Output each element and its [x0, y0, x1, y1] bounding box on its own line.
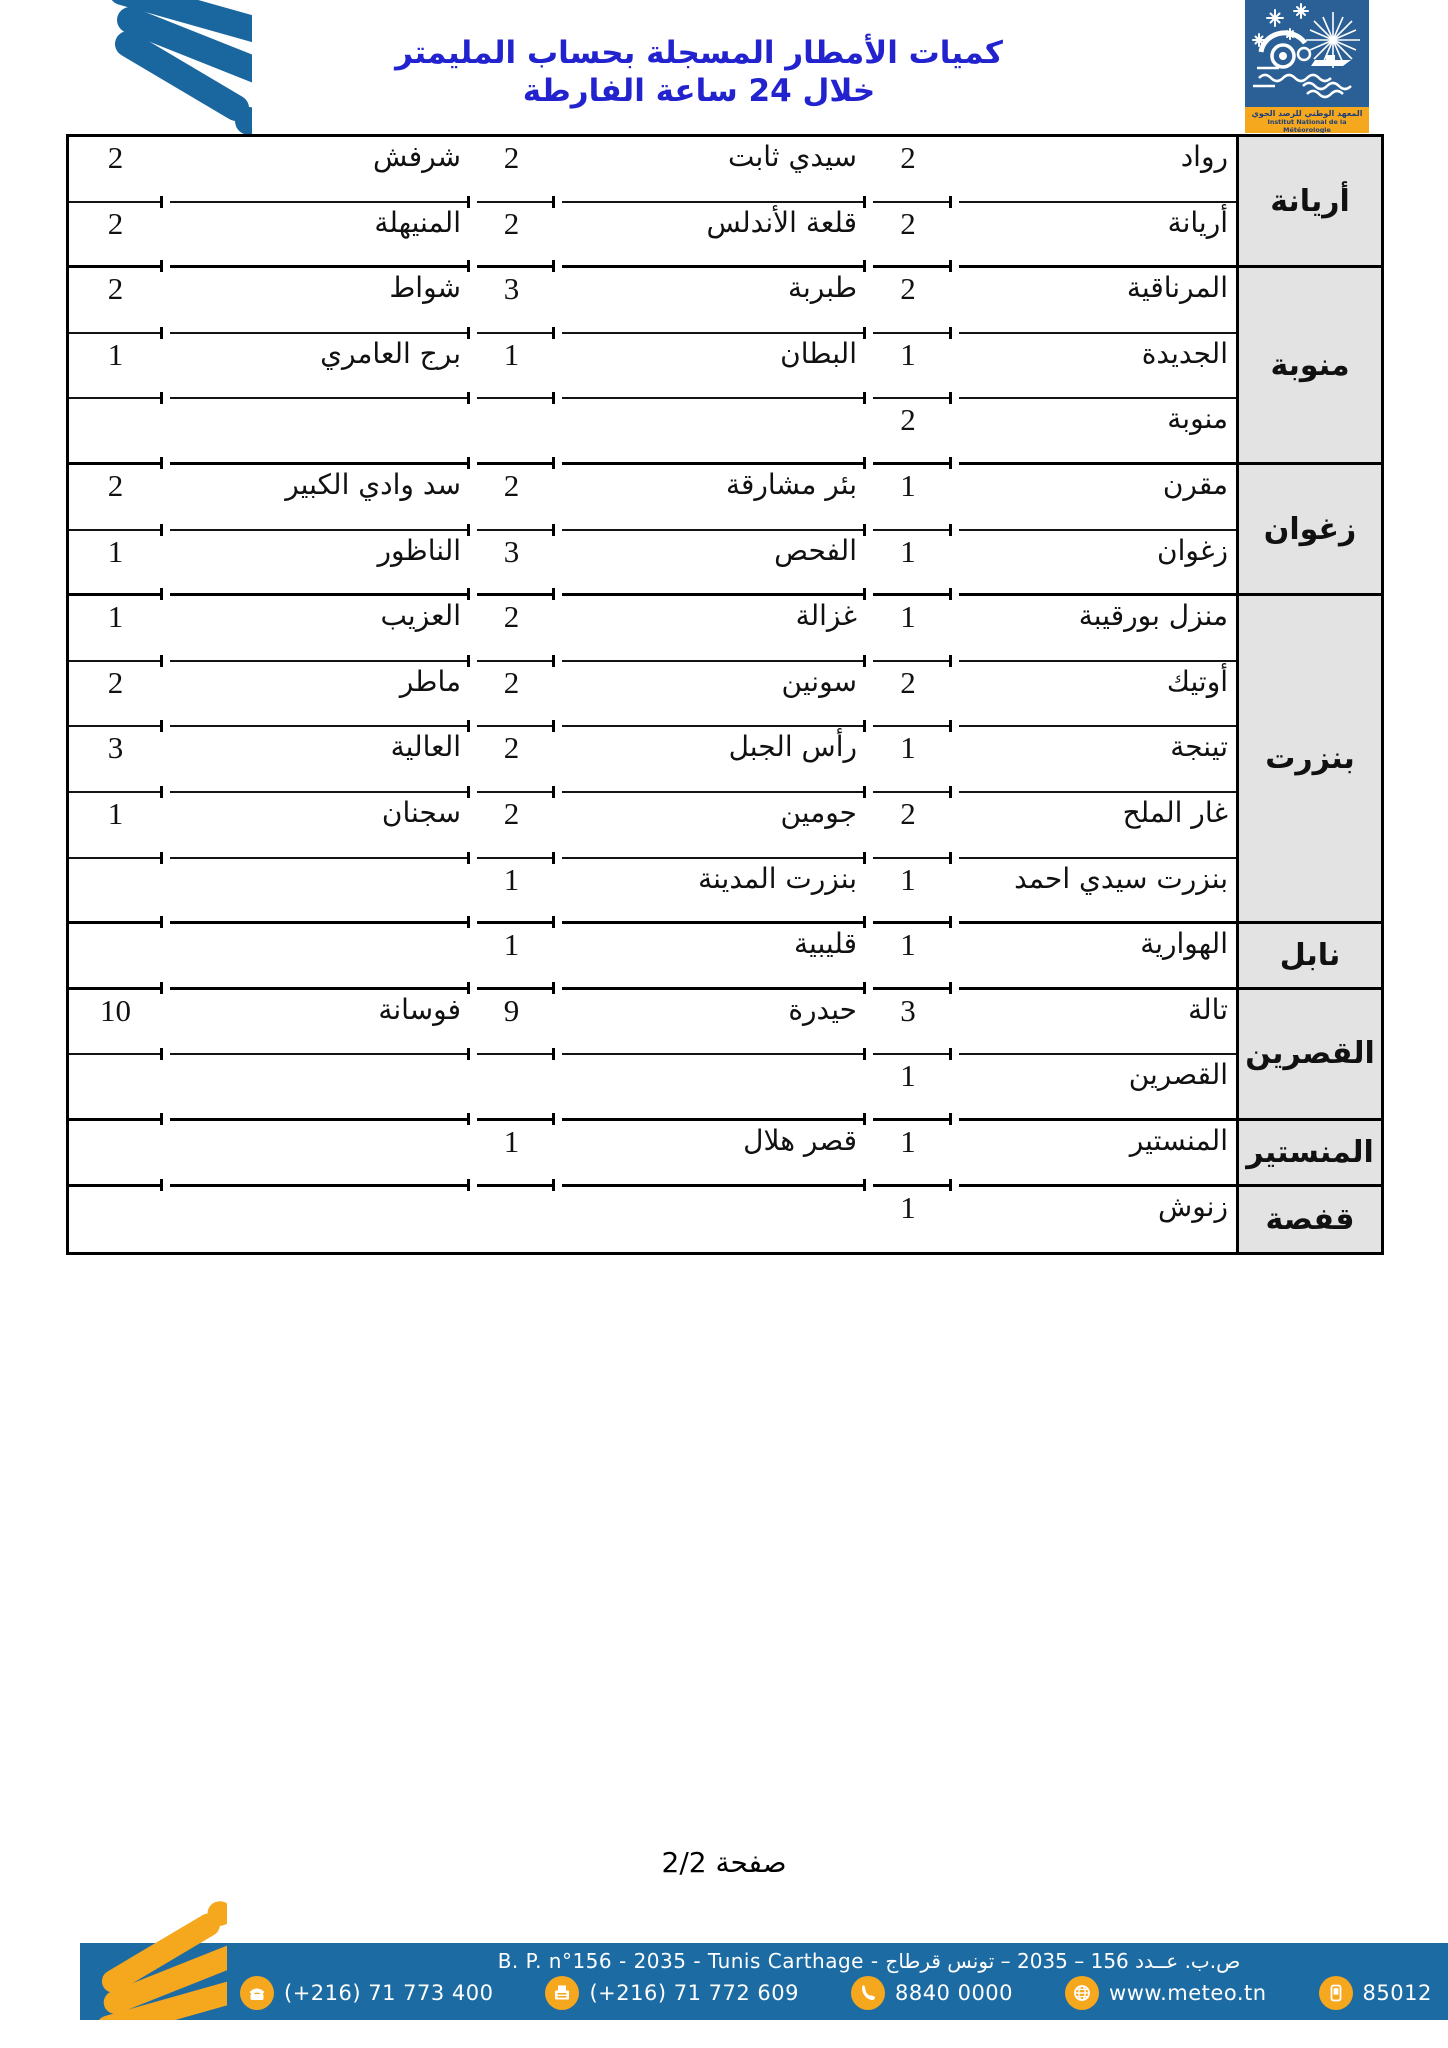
footer-address: B. P. n°156 - 2035 - Tunis Carthage - ص.…	[320, 1949, 1418, 1973]
contact-phone: (+216) 71 773 400	[240, 1976, 493, 2010]
contact-fax-value: (+216) 71 772 609	[589, 1981, 798, 2005]
value-cell: 2	[469, 203, 554, 269]
governorate-cell: منوبة	[1236, 268, 1381, 465]
value-cell	[69, 1187, 162, 1253]
page-number: صفحة 2/2	[0, 1846, 1448, 1879]
footer-contacts: (+216) 71 773 400 (+216) 71 772 609	[240, 1976, 1438, 2010]
station-cell: تالة	[951, 990, 1236, 1056]
governorate-cell: القصرين	[1236, 990, 1381, 1121]
station-cell: جومين	[554, 793, 865, 859]
value-cell: 2	[469, 662, 554, 728]
value-cell: 2	[865, 662, 951, 728]
value-cell	[69, 1055, 162, 1121]
governorate-cell: المنستير	[1236, 1121, 1381, 1187]
value-cell: 2	[69, 662, 162, 728]
station-cell: الجديدة	[951, 334, 1236, 400]
report-page: كميات الأمطار المسجلة بحساب المليمتر خلا…	[0, 0, 1448, 2048]
inm-name-arabic: المعهد الوطني للرصد الجوي	[1245, 109, 1369, 118]
inm-streaks-logo	[52, 0, 252, 150]
value-cell: 1	[865, 924, 951, 990]
value-cell: 2	[469, 465, 554, 531]
value-cell: 2	[469, 596, 554, 662]
station-cell	[554, 399, 865, 465]
station-cell: الناظور	[162, 531, 469, 597]
value-cell: 2	[865, 793, 951, 859]
value-cell: 1	[469, 334, 554, 400]
station-cell: غار الملح	[951, 793, 1236, 859]
inm-emblem-band: المعهد الوطني للرصد الجوي Institut Natio…	[1245, 107, 1369, 133]
value-cell: 2	[69, 465, 162, 531]
value-cell: 1	[69, 334, 162, 400]
governorate-cell: زغوان	[1236, 465, 1381, 596]
value-cell: 2	[69, 268, 162, 334]
value-cell: 1	[865, 334, 951, 400]
station-cell	[162, 1055, 469, 1121]
inm-emblem-logo: المعهد الوطني للرصد الجوي Institut Natio…	[1245, 0, 1369, 133]
station-cell: ماطر	[162, 662, 469, 728]
footer-streaks-logo	[42, 1888, 227, 2020]
value-cell: 3	[469, 531, 554, 597]
value-cell: 1	[865, 859, 951, 925]
value-cell	[69, 1121, 162, 1187]
station-cell	[554, 1055, 865, 1121]
station-cell: العالية	[162, 727, 469, 793]
station-cell: قلعة الأندلس	[554, 203, 865, 269]
station-cell: المرناقية	[951, 268, 1236, 334]
governorate-cell: بنزرت	[1236, 596, 1381, 924]
value-cell: 1	[469, 924, 554, 990]
station-cell: سد وادي الكبير	[162, 465, 469, 531]
value-cell: 2	[469, 727, 554, 793]
value-cell: 1	[865, 1121, 951, 1187]
station-cell: المنستير	[951, 1121, 1236, 1187]
fax-icon	[545, 1976, 579, 2010]
station-cell: القصرين	[951, 1055, 1236, 1121]
station-cell: قصر هلال	[554, 1121, 865, 1187]
value-cell: 1	[69, 596, 162, 662]
sms-icon	[1319, 1976, 1353, 2010]
station-cell: شواط	[162, 268, 469, 334]
value-cell: 1	[865, 727, 951, 793]
value-cell: 2	[865, 399, 951, 465]
station-cell: بنزرت سيدي احمد	[951, 859, 1236, 925]
phone-icon	[240, 1976, 274, 2010]
value-cell	[469, 1187, 554, 1253]
footer-band: B. P. n°156 - 2035 - Tunis Carthage - ص.…	[80, 1943, 1448, 2020]
rainfall-table: أريانةرواد2سيدي ثابت2شرفش2أريانة2قلعة ال…	[66, 134, 1384, 1255]
station-cell: بنزرت المدينة	[554, 859, 865, 925]
station-cell: قليبية	[554, 924, 865, 990]
station-cell: مقرن	[951, 465, 1236, 531]
value-cell	[69, 924, 162, 990]
value-cell: 2	[865, 137, 951, 203]
value-cell: 1	[69, 531, 162, 597]
station-cell: سيدي ثابت	[554, 137, 865, 203]
station-cell	[554, 1187, 865, 1253]
value-cell: 1	[469, 1121, 554, 1187]
value-cell: 1	[865, 1187, 951, 1253]
value-cell: 1	[865, 465, 951, 531]
report-title-line2: خلال 24 ساعة الفارطة	[274, 72, 1124, 110]
value-cell: 3	[865, 990, 951, 1056]
value-cell: 1	[865, 531, 951, 597]
value-cell: 2	[69, 203, 162, 269]
contact-sms: 85012	[1319, 1976, 1432, 2010]
value-cell	[69, 859, 162, 925]
contact-callcenter: 8840 0000	[851, 1976, 1013, 2010]
value-cell: 1	[469, 859, 554, 925]
inm-name-french: Institut National de la Météorologie	[1245, 118, 1369, 133]
station-cell: زغوان	[951, 531, 1236, 597]
value-cell: 3	[469, 268, 554, 334]
station-cell: المنيهلة	[162, 203, 469, 269]
station-cell	[162, 859, 469, 925]
station-cell: شرفش	[162, 137, 469, 203]
station-cell: رواد	[951, 137, 1236, 203]
value-cell: 2	[865, 268, 951, 334]
value-cell: 2	[469, 137, 554, 203]
value-cell: 2	[69, 137, 162, 203]
value-cell: 1	[865, 596, 951, 662]
station-cell: حيدرة	[554, 990, 865, 1056]
station-cell: تينجة	[951, 727, 1236, 793]
value-cell	[469, 399, 554, 465]
station-cell: أوتيك	[951, 662, 1236, 728]
station-cell	[162, 1121, 469, 1187]
station-cell: البطان	[554, 334, 865, 400]
report-title: كميات الأمطار المسجلة بحساب المليمتر خلا…	[274, 34, 1124, 110]
globe-icon	[1065, 1976, 1099, 2010]
station-cell	[162, 399, 469, 465]
station-cell: برج العامري	[162, 334, 469, 400]
station-cell: العزيب	[162, 596, 469, 662]
contact-callcenter-value: 8840 0000	[895, 1981, 1013, 2005]
value-cell: 2	[865, 203, 951, 269]
handset-icon	[851, 1976, 885, 2010]
station-cell: أريانة	[951, 203, 1236, 269]
report-title-line1: كميات الأمطار المسجلة بحساب المليمتر	[274, 34, 1124, 72]
value-cell	[469, 1055, 554, 1121]
station-cell: غزالة	[554, 596, 865, 662]
contact-phone-value: (+216) 71 773 400	[284, 1981, 493, 2005]
value-cell	[69, 399, 162, 465]
station-cell: طبربة	[554, 268, 865, 334]
station-cell: سونين	[554, 662, 865, 728]
contact-website-value: www.meteo.tn	[1109, 1981, 1267, 2005]
contact-sms-value: 85012	[1363, 1981, 1432, 2005]
station-cell: الفحص	[554, 531, 865, 597]
value-cell: 3	[69, 727, 162, 793]
station-cell	[162, 1187, 469, 1253]
station-cell: منزل بورقيبة	[951, 596, 1236, 662]
station-cell: سجنان	[162, 793, 469, 859]
station-cell: زنوش	[951, 1187, 1236, 1253]
value-cell: 1	[865, 1055, 951, 1121]
station-cell: الهوارية	[951, 924, 1236, 990]
contact-fax: (+216) 71 772 609	[545, 1976, 798, 2010]
station-cell	[162, 924, 469, 990]
governorate-cell: نابل	[1236, 924, 1381, 990]
contact-website: www.meteo.tn	[1065, 1976, 1267, 2010]
value-cell: 2	[469, 793, 554, 859]
value-cell: 9	[469, 990, 554, 1056]
value-cell: 10	[69, 990, 162, 1056]
station-cell: بئر مشارقة	[554, 465, 865, 531]
value-cell: 1	[69, 793, 162, 859]
governorate-cell: أريانة	[1236, 137, 1381, 268]
inm-emblem-art	[1245, 0, 1369, 107]
station-cell: رأس الجبل	[554, 727, 865, 793]
station-cell: منوبة	[951, 399, 1236, 465]
station-cell: فوسانة	[162, 990, 469, 1056]
governorate-cell: قفصة	[1236, 1187, 1381, 1253]
